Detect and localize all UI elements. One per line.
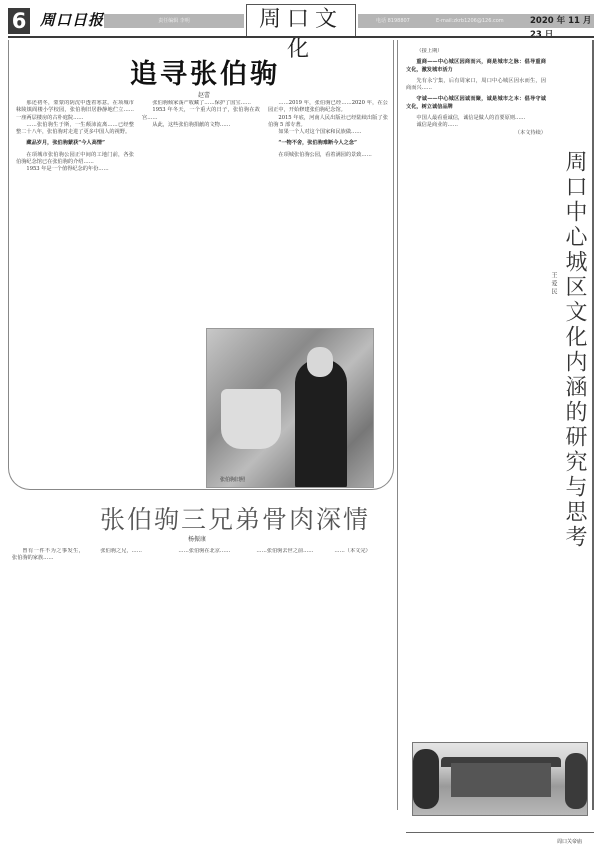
paragraph: ……张伯驹去世之前…… xyxy=(246,548,318,555)
photo-tree xyxy=(413,749,439,809)
paragraph: 曾有一件不为之事发生，张伯驹的家族…… xyxy=(12,548,84,563)
editor-line: 责任编辑 李明 xyxy=(104,14,244,28)
right-article-photo-caption: 周口关帝庙 xyxy=(557,838,582,845)
paragraph: 那还初冬，蒙蒙的阴沈中透着寒意。在项城市秣陵镇阎楼小学校园，张伯驹旧居静静地伫立… xyxy=(16,100,134,122)
right-article-frame-bottom xyxy=(406,832,594,833)
photo-temple xyxy=(451,763,551,797)
paragraph: 在项城张伯驹公园，看着满园的景致…… xyxy=(268,152,388,159)
subhead: 藏品岁月，张伯驹蒙获“今人高情” xyxy=(16,140,134,147)
paragraph: ……（本文完） xyxy=(324,548,396,555)
article-2-column-3: ……张伯驹在北京…… xyxy=(168,548,240,840)
article-1-column-2: 张伯驹倾家荡产收藏了……保护了国宝…… 1953 年冬天，一个重大的日子，张伯驹… xyxy=(142,100,260,320)
article-1-author: 赵蕾 xyxy=(198,90,210,99)
article-1-title: 追寻张伯驹 xyxy=(100,52,310,91)
article-2-author: 杨振康 xyxy=(188,534,206,543)
right-article-photo xyxy=(412,742,588,816)
page-number: 6 xyxy=(8,8,30,34)
sign-off: （本文待续） xyxy=(406,130,546,137)
article-1-column-3: ……2019 年，张伯驹已经……2020 年，在公园正中，开始修建张伯驹纪念馆。… xyxy=(268,100,388,320)
article-1-photo-caption: 张伯驹旧照 xyxy=(220,476,245,483)
masthead-rule xyxy=(8,36,594,38)
subhead: “一物不舍，张伯驹难断今人之念” xyxy=(268,140,388,147)
photo-tree xyxy=(565,753,587,809)
article-2-column-2: 张伯驹之兄，…… xyxy=(90,548,162,840)
contact-phone: 电话 8198807 xyxy=(376,14,410,28)
article-2-column-1: 曾有一件不为之事发生，张伯驹的家族…… xyxy=(12,548,84,840)
paragraph: 张伯驹之兄，…… xyxy=(90,548,162,555)
masthead: 6 周口日报 责任编辑 李明 周口文化 电话 8198807 E-mail:zk… xyxy=(0,0,600,38)
paragraph: ……张伯驹生于斯，一生颠沛流离……已经整整二十八年，张伯驹对走进了更多中国人的视… xyxy=(16,122,134,137)
right-article-body: （接上期） 重商——中心城区因商而兴，商是城市之脉：倡导重商文化，激发城市活力 … xyxy=(406,48,546,738)
right-article-title: 周口中心城区文化内涵的研究与思考 xyxy=(560,150,590,550)
article-2-title: 张伯驹三兄弟骨肉深情 xyxy=(100,500,370,536)
photo-figure xyxy=(295,359,347,488)
paragraph: 诚信是商业的…… xyxy=(406,122,546,129)
article-2-column-4: ……张伯驹去世之前…… xyxy=(246,548,318,840)
contact-bar: 电话 8198807 E-mail:zkrb1206@126.com 2020 … xyxy=(358,14,594,28)
right-article-author: 王爱民 xyxy=(549,272,558,296)
paragraph: 1953 年是一个值得纪念的年份…… xyxy=(16,166,134,173)
article-1-photo xyxy=(206,328,374,488)
section-title: 周口文化 xyxy=(246,4,356,36)
paragraph: 1953 年冬天，一个重大的日子，张伯驹在故宫…… xyxy=(142,107,260,122)
paragraph: 在项城市张伯驹公园正中间的工地门前，各张伯驹纪念馆已在张伯驹的介绍…… xyxy=(16,152,134,167)
subhead: 重商——中心城区因商而兴，商是城市之脉：倡导重商文化，激发城市活力 xyxy=(406,59,546,74)
subhead: 守诚——中心城区因诚而聚，诚是城市之本：倡导守诚文化，树立诚信品牌 xyxy=(406,96,546,111)
paragraph: 从此，这些张伯驹捐献的文物…… xyxy=(142,122,260,129)
paragraph: 先有永宁集，后有周家口，周口中心城区因水而生，因商而兴…… xyxy=(406,78,546,93)
article-2-column-5: ……（本文完） xyxy=(324,548,396,840)
photo-plant-pot xyxy=(221,389,281,449)
contact-email: E-mail:zkrb1206@126.com xyxy=(436,14,504,28)
photo-face xyxy=(307,347,333,377)
lead: （接上期） xyxy=(406,48,546,55)
paragraph: ……张伯驹在北京…… xyxy=(168,548,240,555)
paragraph: 2015 年底，河南人民出版社已经陆续出版了张伯驹 5 部专著。 xyxy=(268,115,388,130)
paragraph: ……2019 年，张伯驹已经……2020 年，在公园正中，开始修建张伯驹纪念馆。 xyxy=(268,100,388,115)
paper-name: 周口日报 xyxy=(40,9,104,30)
paragraph: 如果一个人对这个国家和民族做…… xyxy=(268,129,388,136)
article-1-column-1: 那还初冬，蒙蒙的阴沈中透着寒意。在项城市秣陵镇阎楼小学校园，张伯驹旧居静静地伫立… xyxy=(16,100,134,478)
